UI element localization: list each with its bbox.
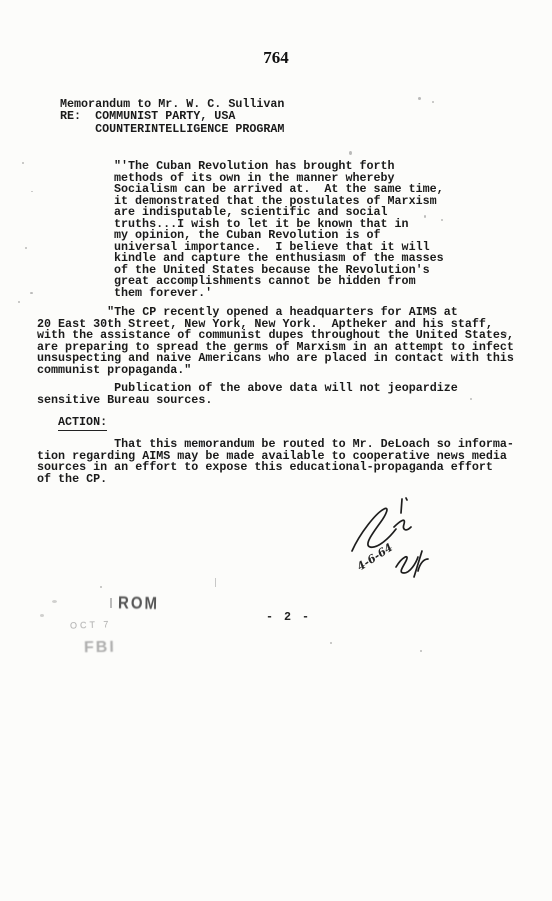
scan-noise-dot [22,162,24,164]
handwritten-signature-block: 4-6-64 [338,493,438,603]
scan-noise-dot [330,642,332,644]
memo-header: Memorandum to Mr. W. C. SullivanRE: COMM… [60,98,284,135]
scan-noise-dot [349,151,352,155]
footer-page-number: - 2 - [266,612,311,624]
action-heading: ACTION: [58,417,107,429]
stamp-text-fragment: ROM [118,593,159,613]
book-page-number: 764 [0,48,552,68]
stamp-fbi: FBI [84,639,116,658]
scan-noise-dot [30,292,33,294]
signature-date: 4-6-64 [355,541,395,574]
scan-noise-dot [18,301,20,303]
paragraph-publication: Publication of the above data will not j… [37,383,458,406]
scan-noise-dot [25,247,27,249]
scan-noise-dot [441,219,443,221]
paragraph-action: That this memorandum be routed to Mr. De… [37,439,514,485]
paragraph-cp-aims: "The CP recently opened a headquarters f… [37,307,514,376]
memo-header-line-program: COUNTERINTELLIGENCE PROGRAM [60,122,284,136]
scan-noise-dot [40,614,44,617]
scan-noise-dot [505,332,507,335]
quoted-passage: "'The Cuban Revolution has brought forth… [114,161,444,299]
scanned-memo-page: 764 Memorandum to Mr. W. C. SullivanRE: … [0,0,552,901]
scan-noise-dot [432,101,434,103]
scan-noise-dot [418,97,421,100]
scan-noise-dot [100,586,102,588]
action-heading-label: ACTION: [58,415,107,431]
scan-noise-dot [420,650,422,652]
scan-noise-dot [31,191,33,192]
signature-scrawl-icon: 4-6-64 [338,493,438,598]
scan-noise-line [215,578,216,587]
scan-noise-dot [470,398,472,400]
stamp-date: OCT 7 [70,619,112,630]
scan-noise-dot [424,215,426,218]
scan-noise-dot [52,600,57,603]
scan-noise-line [110,598,112,608]
